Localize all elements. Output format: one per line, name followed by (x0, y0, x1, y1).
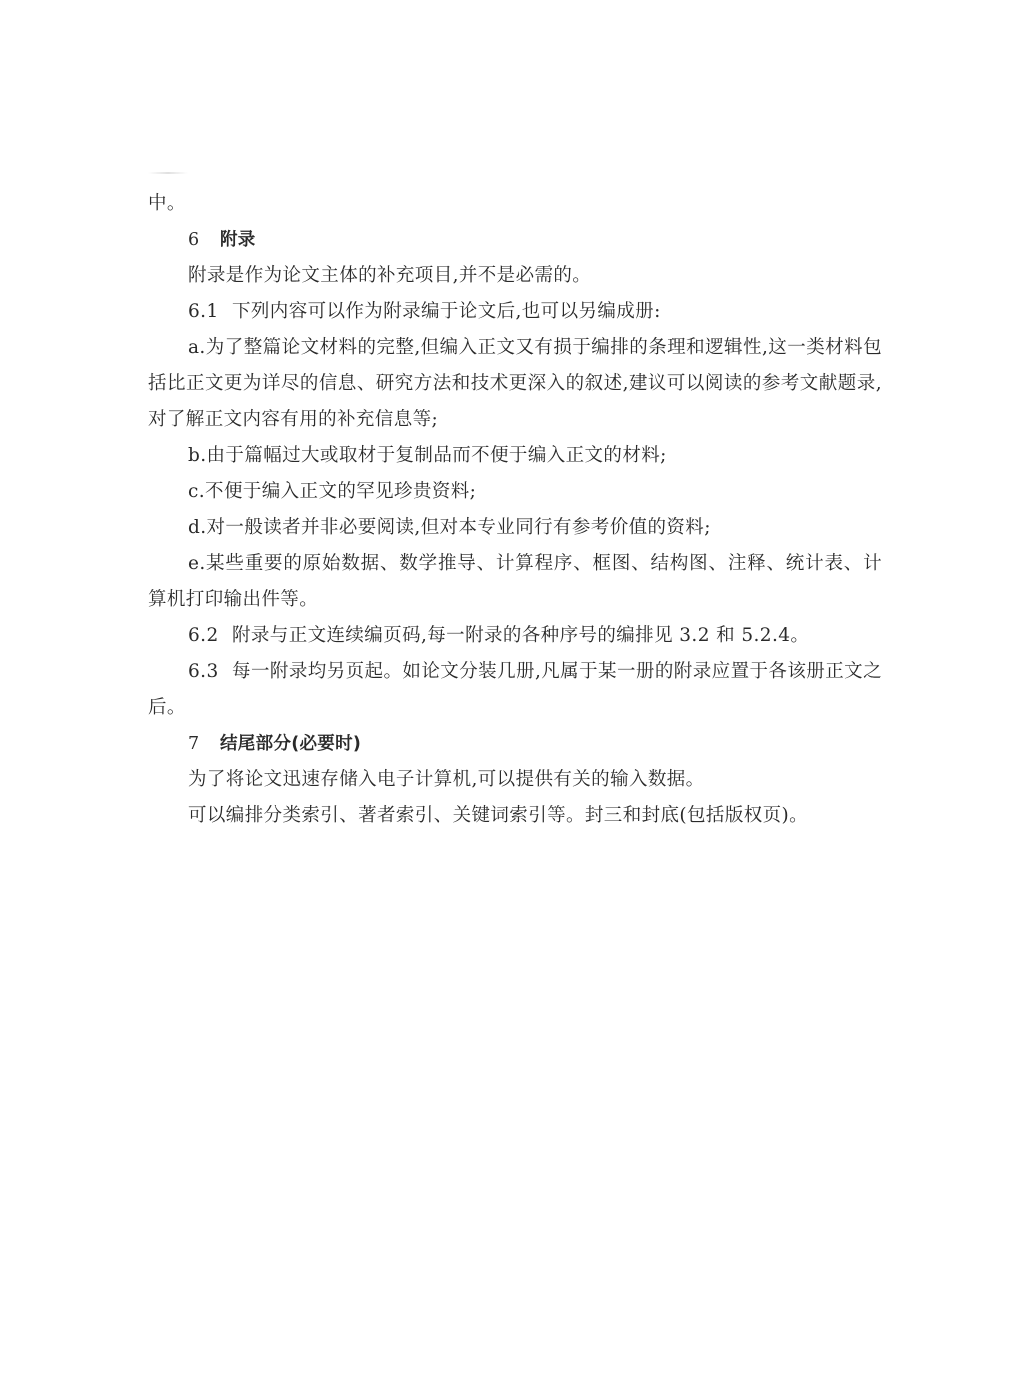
list-item-e: e.某些重要的原始数据、数学推导、计算程序、框图、结构图、注释、统计表、计算机打… (148, 546, 882, 618)
section-heading-6: 6附录 (148, 222, 882, 258)
paragraph: 可以编排分类索引、著者索引、关键词索引等。封三和封底(包括版权页)。 (148, 798, 882, 834)
clause-6-2: 6.2附录与正文连续编页码,每一附录的各种序号的编排见 3.2 和 5.2.4。 (148, 618, 882, 654)
list-item-d: d.对一般读者并非必要阅读,但对本专业同行有参考价值的资料; (148, 510, 882, 546)
clause-text: 下列内容可以作为附录编于论文后,也可以另编成册: (232, 301, 661, 322)
clause-number: 6.1 (188, 294, 232, 330)
clause-text: 每一附录均另页起。如论文分装几册,凡属于某一册的附录应置于各该册正文之后。 (148, 661, 882, 718)
section-number: 7 (188, 726, 220, 762)
clause-6-3: 6.3每一附录均另页起。如论文分装几册,凡属于某一册的附录应置于各该册正文之后。 (148, 654, 882, 726)
clause-text: 附录与正文连续编页码,每一附录的各种序号的编排见 3.2 和 5.2.4。 (232, 625, 809, 646)
clause-6-1: 6.1下列内容可以作为附录编于论文后,也可以另编成册: (148, 294, 882, 330)
paragraph: 为了将论文迅速存储入电子计算机,可以提供有关的输入数据。 (148, 762, 882, 798)
list-item-a: a.为了整篇论文材料的完整,但编入正文又有损于编排的条理和逻辑性,这一类材料包括… (148, 330, 882, 438)
section-number: 6 (188, 222, 220, 258)
clause-number: 6.2 (188, 618, 232, 654)
document-page: 中。 6附录 附录是作为论文主体的补充项目,并不是必需的。 6.1下列内容可以作… (148, 186, 882, 834)
continuation-text: 中。 (148, 186, 882, 222)
list-item-b: b.由于篇幅过大或取材于复制品而不便于编入正文的材料; (148, 438, 882, 474)
clause-number: 6.3 (188, 654, 232, 690)
list-item-c: c.不便于编入正文的罕见珍贵资料; (148, 474, 882, 510)
section-intro: 附录是作为论文主体的补充项目,并不是必需的。 (148, 258, 882, 294)
scan-artifact (148, 172, 188, 174)
section-title: 结尾部分(必要时) (220, 734, 361, 754)
section-title: 附录 (220, 230, 256, 250)
section-heading-7: 7结尾部分(必要时) (148, 726, 882, 762)
